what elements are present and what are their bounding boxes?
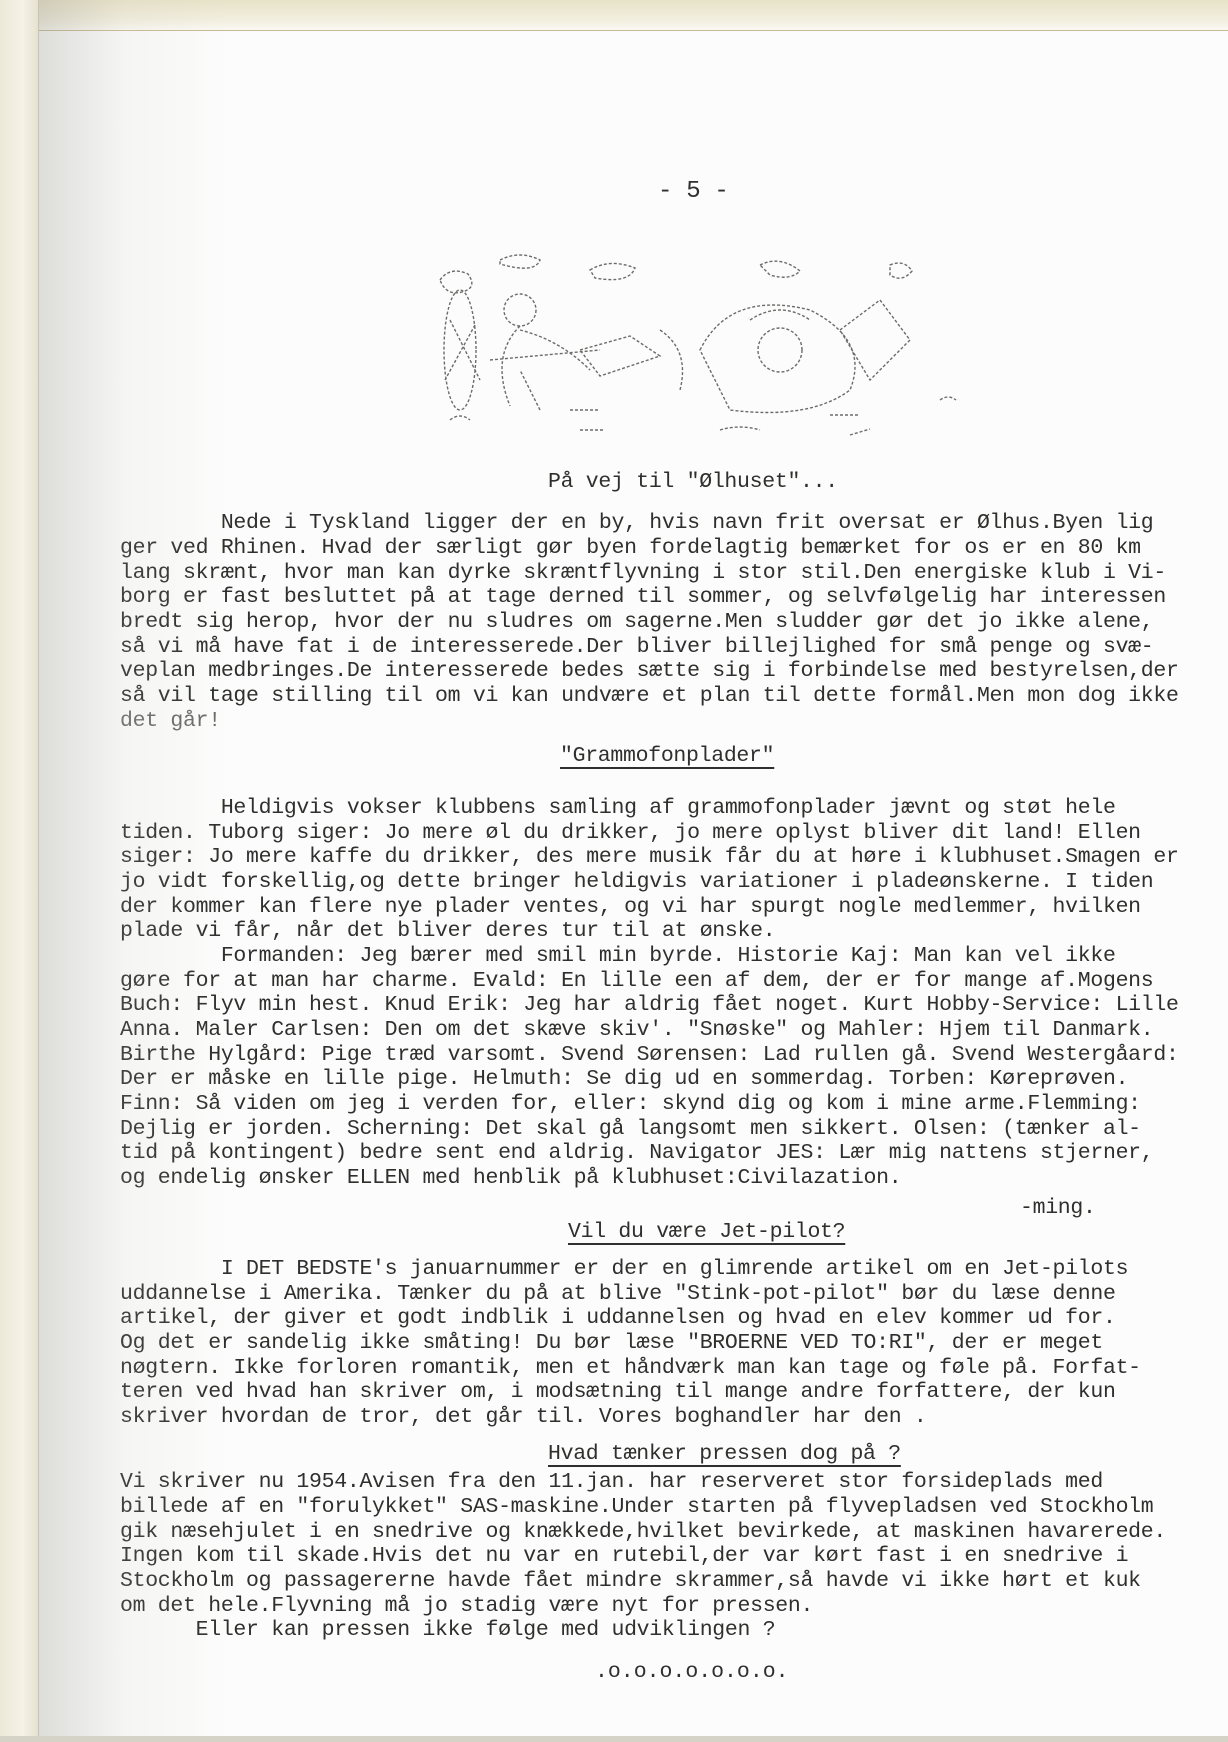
text-line: Buch: Flyv min hest. Knud Erik: Jeg har … bbox=[120, 993, 1179, 1018]
text-line: skriver hvordan de tror, det går til. Vo… bbox=[120, 1405, 927, 1430]
text-line: Anna. Maler Carlsen: Den om det skæve sk… bbox=[120, 1018, 1153, 1043]
text-line: borg er fast besluttet på at tage derned… bbox=[120, 585, 1166, 610]
paper-bottom-edge bbox=[0, 1736, 1228, 1742]
text-line: Finn: Så viden om jeg i verden for, elle… bbox=[120, 1092, 1141, 1117]
text-line: Formanden: Jeg bærer med smil min byrde.… bbox=[120, 944, 1116, 969]
text-line: bredt sig herop, hvor der nu sludres om … bbox=[120, 610, 1153, 635]
cartoon-sketch-two-figures-icon bbox=[420, 240, 1020, 450]
text-line: jo vidt forskellig,og dette bringer held… bbox=[120, 870, 1153, 895]
binder-edge bbox=[0, 0, 39, 1742]
text-line: Nede i Tyskland ligger der en by, hvis n… bbox=[120, 511, 1153, 536]
text-line: Stockholm og passagererne havde fået min… bbox=[120, 1569, 1141, 1594]
author-signature: -ming. bbox=[1020, 1196, 1096, 1221]
text-line: artikel, der giver et godt indblik i udd… bbox=[120, 1306, 1116, 1331]
text-line: Der er måske en lille pige. Helmuth: Se … bbox=[120, 1067, 1128, 1092]
text-line: så vil tage stilling til om vi kan undvæ… bbox=[120, 684, 1179, 709]
page-number: - 5 - bbox=[120, 180, 1228, 205]
text-line: gik næsehjulet i en snedrive og knækkede… bbox=[120, 1520, 1166, 1545]
text-line: om det hele.Flyvning må jo stadig være n… bbox=[120, 1594, 813, 1619]
paper-top-edge bbox=[0, 0, 1228, 31]
scanned-page: - 5 - bbox=[0, 0, 1228, 1742]
text-line: plade vi får, når det bliver deres tur t… bbox=[120, 919, 775, 944]
text-line: nøgtern. Ikke forloren romantik, men et … bbox=[120, 1356, 1141, 1381]
text-line: gøre for at man har charme. Evald: En li… bbox=[120, 969, 1153, 994]
section-heading-grammofonplader: "Grammofonplader" bbox=[560, 744, 774, 769]
text-line: tiden. Tuborg siger: Jo mere øl du drikk… bbox=[120, 821, 1141, 846]
text-line: lang skrænt, hvor man kan dyrke skræntfl… bbox=[120, 561, 1166, 586]
text-line: I DET BEDSTE's januarnummer er der en gl… bbox=[120, 1257, 1128, 1282]
text-line: så vi må have fat i de interesserede.Der… bbox=[120, 635, 1153, 660]
text-line: uddannelse i Amerika. Tænker du på at bl… bbox=[120, 1282, 1116, 1307]
text-line: tid på kontingent) bedre sent end aldrig… bbox=[120, 1141, 1153, 1166]
illustration-caption: På vej til "Ølhuset"... bbox=[548, 470, 838, 495]
section-heading-jet-pilot: Vil du være Jet-pilot? bbox=[568, 1220, 845, 1245]
text-line: billede af en "forulykket" SAS-maskine.U… bbox=[120, 1495, 1153, 1520]
text-line: Birthe Hylgård: Pige træd varsomt. Svend… bbox=[120, 1043, 1179, 1068]
text-line: Dejlig er jorden. Scherning: Det skal gå… bbox=[120, 1117, 1141, 1142]
text-line: veplan medbringes.De interesserede bedes… bbox=[120, 659, 1179, 684]
text-line: og endelig ønsker ELLEN med henblik på k… bbox=[120, 1166, 901, 1191]
text-line: Heldigvis vokser klubbens samling af gra… bbox=[120, 796, 1116, 821]
text-line: teren ved hvad han skriver om, i modsætn… bbox=[120, 1380, 1116, 1405]
text-line: der kommer kan flere nye plader ventes, … bbox=[120, 895, 1141, 920]
text-line: Ingen kom til skade.Hvis det nu var en r… bbox=[120, 1544, 1128, 1569]
section-heading-pressen: Hvad tænker pressen dog på ? bbox=[548, 1442, 901, 1467]
text-line: Og det er sandelig ikke småting! Du bør … bbox=[120, 1331, 1103, 1356]
text-line: det går! bbox=[120, 709, 221, 734]
text-line: Eller kan pressen ikke følge med udvikli… bbox=[120, 1618, 775, 1643]
end-ornament: .o.o.o.o.o.o.o. bbox=[595, 1660, 789, 1685]
text-line: siger: Jo mere kaffe du drikker, des mer… bbox=[120, 845, 1179, 870]
text-line: ger ved Rhinen. Hvad der særligt gør bye… bbox=[120, 536, 1141, 561]
text-line: Vi skriver nu 1954.Avisen fra den 11.jan… bbox=[120, 1470, 1103, 1495]
